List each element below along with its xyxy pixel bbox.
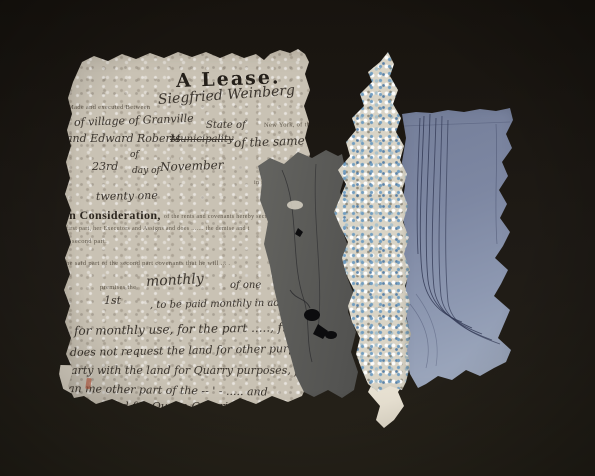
lease-handwriting: twenty one <box>96 189 158 203</box>
lease-handwriting: day of <box>132 166 160 176</box>
stitch-lines <box>396 104 520 396</box>
lease-printed-text: premises the <box>100 284 136 291</box>
lease-handwriting: 1st <box>104 294 121 307</box>
lease-handwriting: of one <box>230 280 261 291</box>
lease-handwriting: State of <box>206 120 246 131</box>
collage-photograph: A Lease. Made and executed Between Siegf… <box>0 0 595 476</box>
lease-handwriting: November <box>160 158 224 174</box>
lease-signature-line: at .. mixed for Queen Quarried <box>70 400 242 413</box>
lease-printed-text: second part. <box>72 238 107 245</box>
lease-handwriting: of <box>130 150 139 160</box>
lease-printed-text: Made and executed Between <box>68 104 150 111</box>
lease-handwriting-struck: Municipality <box>170 134 234 145</box>
lease-printed-text: first part, her Executors and Assigns an… <box>66 226 250 232</box>
lease-handwriting: of the same place <box>234 132 341 150</box>
lease-printed-text: of the rents and covenants hereby secure… <box>164 214 278 220</box>
blue-stitched-paper <box>396 104 520 396</box>
lease-handwriting: for monthly use, for the part ....., fro… <box>74 320 307 338</box>
lease-printed-text: New York, of the <box>264 121 314 129</box>
lease-handwriting: and Edward Roberts <box>66 132 181 145</box>
lease-handwriting: an me other part of the -- ' - ..... and <box>68 382 268 398</box>
lease-handwriting: 23rd <box>92 160 118 173</box>
lease-handwriting: monthly <box>146 271 205 290</box>
lease-handwriting: of village of Granville <box>74 112 194 129</box>
lease-printed-text: the said part of the second part covenan… <box>64 260 230 267</box>
lease-handwriting: does not request the land for other purp… <box>70 342 320 359</box>
lease-handwriting: party with the land for Quarry purposes,… <box>64 364 321 377</box>
lease-consideration-heading: In Consideration, <box>64 208 161 223</box>
